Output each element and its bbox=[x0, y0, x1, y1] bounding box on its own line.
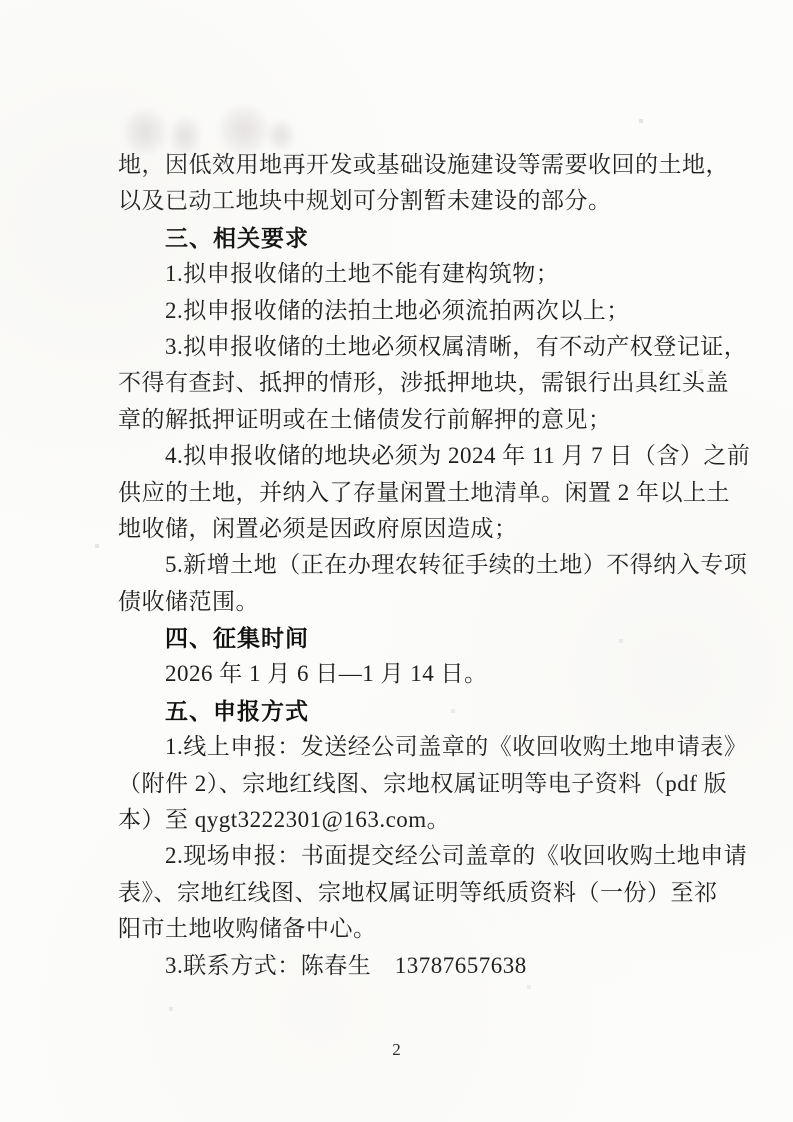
bleedthrough-blob bbox=[268, 120, 294, 150]
text-line: 3.拟申报收储的土地必须权属清晰，有不动产权登记证， bbox=[118, 329, 680, 365]
text-line: 4.拟申报收储的地块必须为 2024 年 11 月 7 日（含）之前 bbox=[118, 438, 680, 474]
text-line: 供应的土地，并纳入了存量闲置土地清单。闲置 2 年以上土 bbox=[118, 475, 680, 511]
text-line: 2026 年 1 月 6 日—1 月 14 日。 bbox=[118, 656, 680, 692]
text-line: 1.拟申报收储的土地不能有建构筑物； bbox=[118, 256, 680, 292]
text-line: 债收储范围。 bbox=[118, 584, 680, 620]
text-line: 5.新增土地（正在办理农转征手续的土地）不得纳入专项 bbox=[118, 547, 680, 583]
text-line: 表》、宗地红线图、宗地权属证明等纸质资料（一份）至祁 bbox=[118, 875, 680, 911]
section-heading: 四、征集时间 bbox=[118, 620, 680, 656]
scan-noise bbox=[0, 0, 2, 2]
text-line: 2.拟申报收储的法拍土地必须流拍两次以上； bbox=[118, 293, 680, 329]
text-line: 地收储，闲置必须是因政府原因造成； bbox=[118, 511, 680, 547]
section-heading: 三、相关要求 bbox=[118, 220, 680, 256]
text-line: 地，因低效用地再开发或基础设施建设等需要收回的土地， bbox=[118, 147, 680, 183]
scanned-document-page: 地，因低效用地再开发或基础设施建设等需要收回的土地，以及已动工地块中规划可分割暂… bbox=[0, 0, 793, 1122]
text-line: （附件 2）、宗地红线图、宗地权属证明等电子资料（pdf 版 bbox=[118, 766, 680, 802]
text-line: 章的解抵押证明或在土储债发行前解押的意见； bbox=[118, 402, 680, 438]
text-line: 本）至 qygt3222301@163.com。 bbox=[118, 802, 680, 838]
text-line: 1.线上申报：发送经公司盖章的《收回收购土地申请表》 bbox=[118, 729, 680, 765]
document-lines: 地，因低效用地再开发或基础设施建设等需要收回的土地，以及已动工地块中规划可分割暂… bbox=[118, 147, 680, 984]
text-line: 3.联系方式：陈春生 13787657638 bbox=[118, 948, 680, 984]
page-number: 2 bbox=[0, 1040, 793, 1060]
text-line: 阳市土地收购储备中心。 bbox=[118, 911, 680, 947]
text-line: 2.现场申报：书面提交经公司盖章的《收回收购土地申请 bbox=[118, 838, 680, 874]
text-line: 以及已动工地块中规划可分割暂未建设的部分。 bbox=[118, 183, 680, 219]
section-heading: 五、申报方式 bbox=[118, 693, 680, 729]
text-line: 不得有查封、抵押的情形，涉抵押地块，需银行出具红头盖 bbox=[118, 365, 680, 401]
